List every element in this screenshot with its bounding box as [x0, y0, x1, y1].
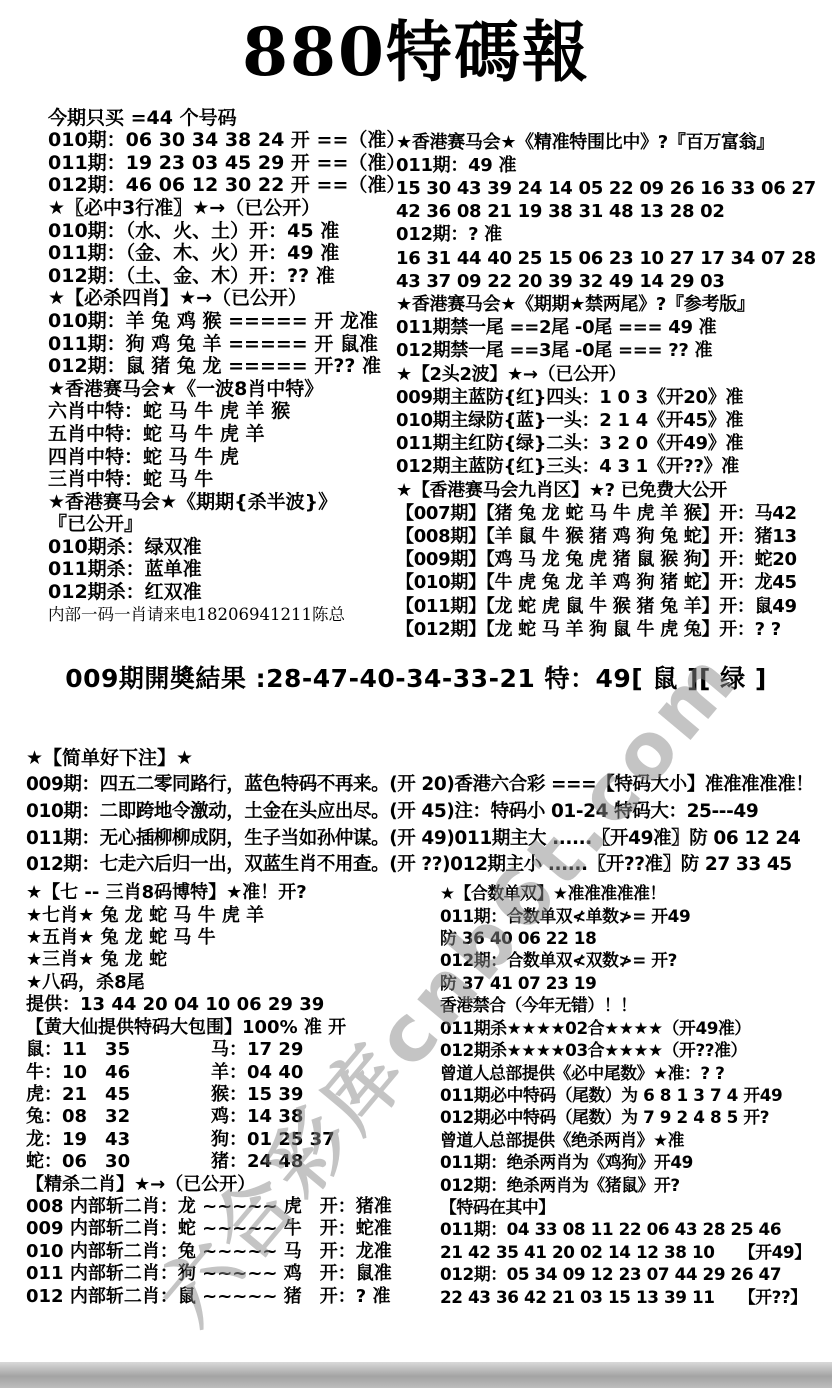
zodiac-cell-right: 鸡：14 38 [211, 1106, 440, 1128]
text-line: 【009期】【鸡 马 龙 兔 虎 猪 鼠 猴 狗】开：蛇20 [396, 548, 830, 571]
bottom-section: ★【简单好下注】★ 009期：四五二零同路行，蓝色特码不再来。(开 20)香港六… [0, 745, 832, 1308]
text-line: 提供：13 44 20 04 10 06 29 39 [26, 994, 440, 1016]
text-line: 011 内部斩二肖：狗 ~~~~~ 鸡 开：鼠准 [26, 1263, 440, 1285]
zodiac-row: 虎：21 45 猴：15 39 [26, 1084, 440, 1106]
text-line: 012 内部斩二肖：鼠 ~~~~~ 猪 开：? 准 [26, 1286, 440, 1308]
zodiac-cell-right: 猴：15 39 [211, 1084, 440, 1106]
text-line: 009期主蓝防{红}四头：1 0 3《开20》准 [396, 386, 830, 409]
text-line: ★香港赛马会★《精准特围比中》?『百万富翁』 [396, 131, 830, 154]
text-line: 012期杀：红双准 [48, 581, 396, 604]
text-line: ★【合数单双】★准准准准准！ [440, 882, 830, 904]
text-line: ★【香港赛马会九肖区】★? 已免费大公开 [396, 479, 830, 502]
text-line: 010期：06 30 34 38 24 开 ==（准） [48, 129, 396, 152]
text-line: ★香港赛马会★《一波8肖中特》 [48, 378, 396, 401]
text-line: ★【必杀四肖】★→（已公开） [48, 287, 396, 310]
text-line: 012期：合数单双≮双数≯= 开? [440, 949, 830, 971]
text-line: 【012期】【龙 蛇 马 羊 狗 鼠 牛 虎 兔】开：? ? [396, 618, 830, 641]
text-line: 012期禁一尾 ==3尾 -0尾 === ?? 准 [396, 339, 830, 362]
text-line: 曾道人总部提供《绝杀两肖》★准 [440, 1129, 830, 1151]
text-line: 012期：05 34 09 12 23 07 44 29 26 47 [440, 1263, 830, 1285]
text-line: ★〖必中3行准〗★→（已公开） [48, 197, 396, 220]
text-line: 五肖中特：蛇 马 牛 虎 羊 [48, 423, 396, 446]
text-line: 012期：（土、金、木）开：?? 准 [48, 265, 396, 288]
zodiac-cell-right: 猪：24 48 [211, 1151, 440, 1173]
text-line: 011期：狗 鸡 兔 羊 ===== 开 鼠准 [48, 333, 396, 356]
text-line: ★八码，杀8尾 [26, 972, 440, 994]
text-line: 012期：? 准 [396, 223, 830, 246]
text-line: 012期：46 06 12 30 22 开 ==（准） [48, 174, 396, 197]
section-top-left: 今期只买 =44 个号码010期：06 30 34 38 24 开 ==（准）0… [48, 107, 396, 641]
zodiac-cell-left: 虎：21 45 [26, 1084, 211, 1106]
bottom-columns: ★【七 -- 三肖8码博特】★准！开?★七肖★ 兔 龙 蛇 马 牛 虎 羊★五肖… [26, 882, 830, 1308]
text-line: 011期杀★★★★02合★★★★（开49准） [440, 1017, 830, 1039]
footer-bar [0, 1362, 832, 1388]
text-line: 今期只买 =44 个号码 [48, 107, 396, 130]
zodiac-cell-left: 龙：19 43 [26, 1129, 211, 1151]
text-line: 008 内部斩二肖：龙 ~~~~~ 虎 开：猪准 [26, 1196, 440, 1218]
text-line: 012期必中特码（尾数）为 7 9 2 4 8 5 开? [440, 1106, 830, 1128]
text-line: 012期：鼠 猪 兔 龙 ===== 开?? 准 [48, 355, 396, 378]
text-line: 21 42 35 41 20 02 14 12 38 10 【开49】 [440, 1241, 830, 1263]
top-columns: 今期只买 =44 个号码010期：06 30 34 38 24 开 ==（准）0… [0, 107, 832, 641]
zodiac-cell-right: 狗：01 25 37 [211, 1129, 440, 1151]
text-line: 010期主绿防{蓝}一头：2 1 4《开45》准 [396, 409, 830, 432]
text-line: 16 31 44 40 25 15 06 23 10 27 17 34 07 2… [396, 247, 830, 270]
text-line: ★【七 -- 三肖8码博特】★准！开? [26, 882, 440, 904]
text-line: 011期：04 33 08 11 22 06 43 28 25 46 [440, 1218, 830, 1240]
text-line: 【007期】【猪 兔 龙 蛇 马 牛 虎 羊 猴】开：马42 [396, 502, 830, 525]
newspaper-page: 六合彩库cnb6t.com 880特碼報 今期只买 =44 个号码010期：06… [0, 0, 832, 1388]
text-line: 011期：19 23 03 45 29 开 ==（准） [48, 152, 396, 175]
text-line: 42 36 08 21 19 38 31 48 13 28 02 [396, 200, 830, 223]
text-line: 010期：二即跨地令激动，土金在头应出尽。(开 45)注：特码小 01-24 特… [26, 799, 830, 826]
text-line: ★五肖★ 兔 龙 蛇 马 牛 [26, 927, 440, 949]
text-line: 【黄大仙提供特码大包围】100% 准 开 [26, 1017, 440, 1039]
text-line: 曾道人总部提供《必中尾数》★准：? ? [440, 1062, 830, 1084]
zodiac-row: 鼠：11 35 马：17 29 [26, 1039, 440, 1061]
text-line: 011期：（金、木、火）开：49 准 [48, 242, 396, 265]
text-line: 011期禁一尾 ==2尾 -0尾 === 49 准 [396, 316, 830, 339]
text-line: 010 内部斩二肖：兔 ~~~~~ 马 开：龙准 [26, 1241, 440, 1263]
text-line: 012期杀★★★★03合★★★★（开??准） [440, 1039, 830, 1061]
zodiac-row: 牛：10 46 羊：04 40 [26, 1062, 440, 1084]
text-line: 009期：四五二零同路行，蓝色特码不再来。(开 20)香港六合彩 ===【特码大… [26, 772, 830, 799]
text-line: ★三肖★ 兔 龙 蛇 [26, 949, 440, 971]
zodiac-cell-left: 鼠：11 35 [26, 1039, 211, 1061]
text-line: 010期：（水、火、土）开：45 准 [48, 220, 396, 243]
zodiac-row: 蛇：06 30 猪：24 48 [26, 1151, 440, 1173]
text-line: 四肖中特：蛇 马 牛 虎 [48, 446, 396, 469]
text-line: 011期主红防{绿}二头：3 2 0《开49》准 [396, 432, 830, 455]
hotline-text: 内部一码一肖请来电18206941211陈总 [48, 604, 396, 627]
text-line: 43 37 09 22 20 39 32 49 14 29 03 [396, 270, 830, 293]
page-title: 880特碼報 [0, 16, 832, 89]
text-line: 012期：七走六后归一出，双蓝生肖不用查。(开 ??)012期主小 ......… [26, 852, 830, 879]
text-line: 011期：合数单双≮单数≯= 开49 [440, 905, 830, 927]
text-line: 三肖中特：蛇 马 牛 [48, 468, 396, 491]
text-line: 【精杀二肖】★→（已公开） [26, 1174, 440, 1196]
text-line: 防 36 40 06 22 18 [440, 927, 830, 949]
text-line: ★香港赛马会★《期期★禁两尾》?『参考版』 [396, 293, 830, 316]
text-line: 010期：羊 兔 鸡 猴 ===== 开 龙准 [48, 310, 396, 333]
text-line: 011期必中特码（尾数）为 6 8 1 3 7 4 开49 [440, 1084, 830, 1106]
section-bottom-left: ★【七 -- 三肖8码博特】★准！开?★七肖★ 兔 龙 蛇 马 牛 虎 羊★五肖… [26, 882, 440, 1308]
text-line: 012期：绝杀两肖为《猪鼠》开? [440, 1174, 830, 1196]
text-line: 防 37 41 07 23 19 [440, 972, 830, 994]
text-line: 【008期】【羊 鼠 牛 猴 猪 鸡 狗 兔 蛇】开：猪13 [396, 525, 830, 548]
text-line: 011期：无心插柳柳成阴，生子当如孙仲谋。(开 49)011期主大 ......… [26, 826, 830, 853]
text-line: ★七肖★ 兔 龙 蛇 马 牛 虎 羊 [26, 905, 440, 927]
text-line: 【特码在其中】 [440, 1196, 830, 1218]
zodiac-cell-left: 蛇：06 30 [26, 1151, 211, 1173]
text-line: 011期：绝杀两肖为《鸡狗》开49 [440, 1151, 830, 1173]
text-line: 香港禁合（今年无错）！！ [440, 994, 830, 1016]
text-line: 011期杀：蓝单准 [48, 558, 396, 581]
easy-bet-title: ★【简单好下注】★ [26, 745, 830, 772]
zodiac-row: 龙：19 43 狗：01 25 37 [26, 1129, 440, 1151]
zodiac-cell-left: 兔：08 32 [26, 1106, 211, 1128]
text-line: 011期：49 准 [396, 154, 830, 177]
text-line: ★香港赛马会★《期期{杀半波}》 [48, 491, 396, 514]
section-top-right: ★香港赛马会★《精准特围比中》?『百万富翁』011期：49 准15 30 43 … [396, 131, 830, 641]
text-line: 【010期】【牛 虎 兔 龙 羊 鸡 狗 猪 蛇】开：龙45 [396, 571, 830, 594]
text-line: 六肖中特：蛇 马 牛 虎 羊 猴 [48, 400, 396, 423]
text-line: ★【2头2波】★→（已公开） [396, 363, 830, 386]
text-line: 22 43 36 42 21 03 15 13 39 11 【开??】 [440, 1286, 830, 1308]
text-line: 012期主蓝防{红}三头：4 3 1《开??》准 [396, 455, 830, 478]
section-bottom-right: ★【合数单双】★准准准准准！011期：合数单双≮单数≯= 开49防 36 40 … [440, 882, 830, 1308]
zodiac-cell-left: 牛：10 46 [26, 1062, 211, 1084]
draw-result-banner: 009期開奬結果 :28-47-40-34-33-21 特：49[ 鼠 ][ 绿… [0, 659, 832, 695]
text-line: 『已公开』 [48, 513, 396, 536]
text-line: 15 30 43 39 24 14 05 22 09 26 16 33 06 2… [396, 177, 830, 200]
zodiac-cell-right: 马：17 29 [211, 1039, 440, 1061]
zodiac-cell-right: 羊：04 40 [211, 1062, 440, 1084]
zodiac-row: 兔：08 32 鸡：14 38 [26, 1106, 440, 1128]
text-line: 009 内部斩二肖：蛇 ~~~~~ 牛 开：蛇准 [26, 1218, 440, 1240]
text-line: 【011期】【龙 蛇 虎 鼠 牛 猴 猪 兔 羊】开：鼠49 [396, 595, 830, 618]
text-line: 010期杀：绿双准 [48, 536, 396, 559]
